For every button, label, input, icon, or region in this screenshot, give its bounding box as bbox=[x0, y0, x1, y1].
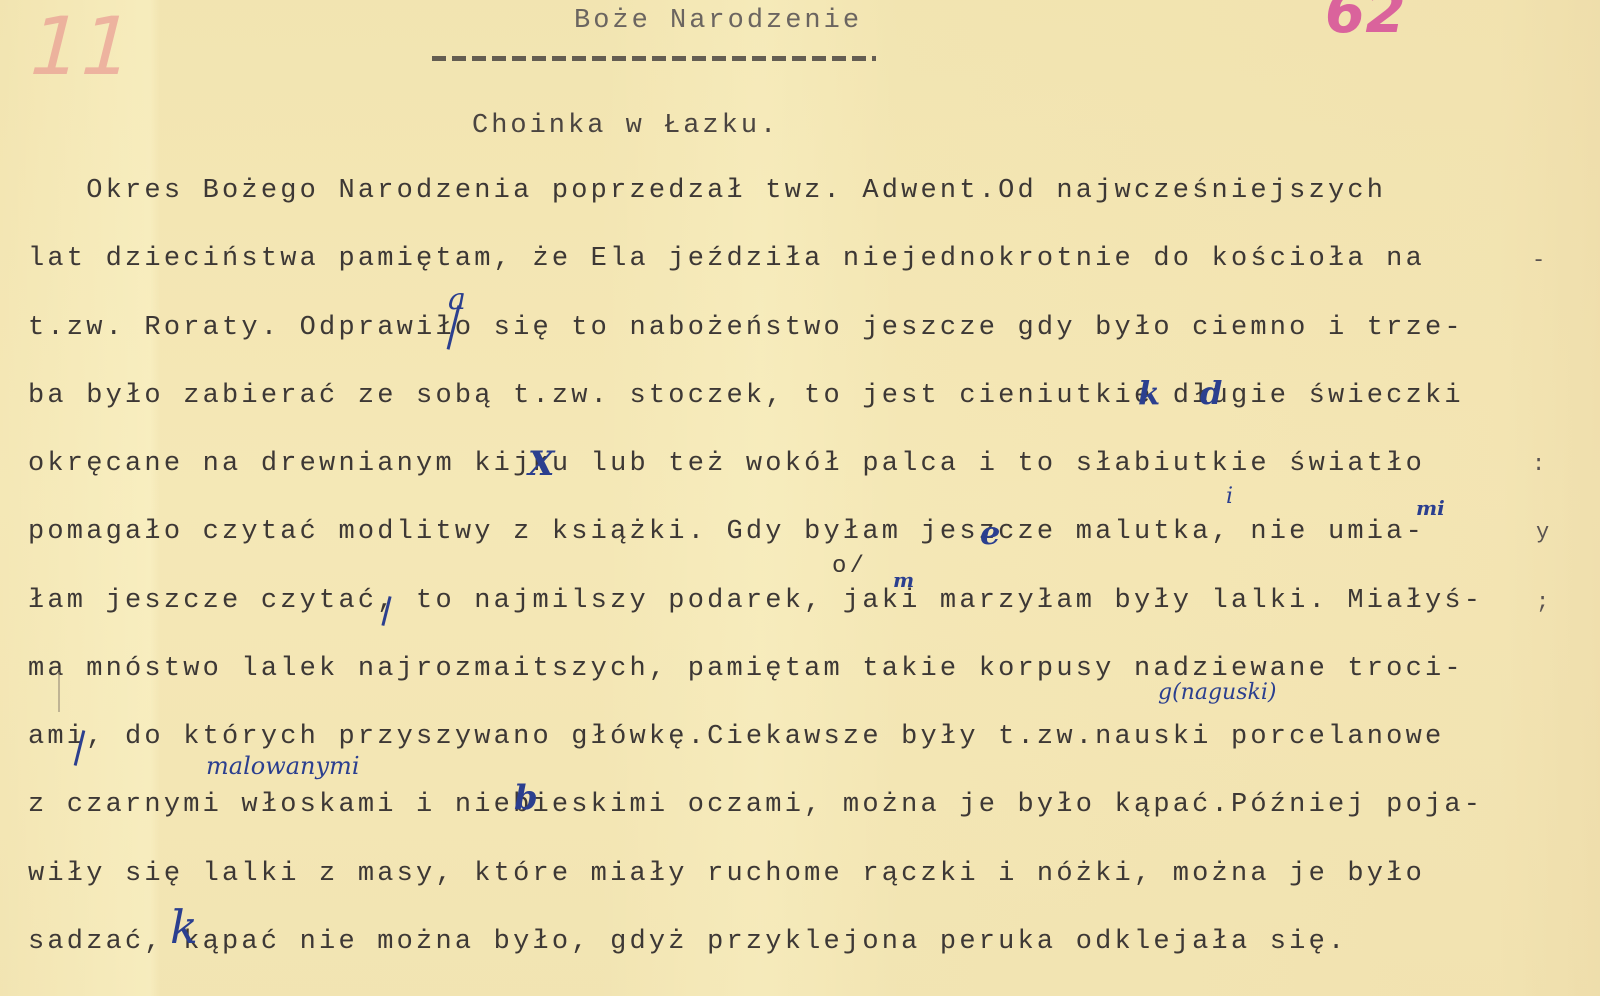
handwritten-insert-malowanymi: malowanymi bbox=[206, 752, 360, 780]
margin-mark: y bbox=[1536, 520, 1549, 545]
text-line-6: pomagało czytać modlitwy z książki. Gdy … bbox=[28, 517, 1425, 547]
margin-mark: : bbox=[1532, 452, 1545, 477]
pencil-margin-stroke bbox=[58, 672, 60, 712]
handwritten-correction-b: b bbox=[514, 778, 538, 818]
scanned-document-page: 11 62 Boże Narodzenie Choinka w Łazku. O… bbox=[0, 0, 1600, 996]
handwritten-insert-naguski: g(naguski) bbox=[1158, 680, 1276, 705]
handwritten-correction-d: d bbox=[1200, 374, 1222, 412]
heading-underline-divider bbox=[432, 56, 876, 61]
handwritten-correction-e: e bbox=[980, 514, 1000, 552]
text-line-9: ami, do których przyszywano główkę.Cieka… bbox=[28, 722, 1444, 752]
typed-correction-o: o/ bbox=[832, 553, 867, 580]
text-line-4: ba było zabierać ze sobą t.zw. stoczek, … bbox=[28, 381, 1464, 411]
handwritten-insert-m: m bbox=[893, 568, 914, 592]
handwritten-correction-k: k bbox=[170, 900, 198, 954]
handwritten-correction-x: X bbox=[528, 444, 554, 484]
text-line-7: łam jeszcze czytać, to najmilszy podarek… bbox=[28, 586, 1483, 616]
pink-pencil-page-number-right: 62 bbox=[1325, 0, 1406, 46]
handwritten-insert-i: i bbox=[1226, 484, 1233, 509]
margin-mark: ; bbox=[1536, 590, 1549, 615]
text-line-5: okręcane na drewnianym kijku lub też wok… bbox=[28, 449, 1425, 479]
text-line-10: z czarnymi włoskami i niebieskimi oczami… bbox=[28, 790, 1483, 820]
pink-pencil-page-number-left: 11 bbox=[18, 0, 143, 93]
handwritten-correction-k: k bbox=[1138, 374, 1160, 412]
text-line-3: t.zw. Roraty. Odprawiło się to nabożeńst… bbox=[28, 313, 1464, 343]
margin-mark: - bbox=[1532, 248, 1545, 273]
handwritten-correction-mi: mi bbox=[1416, 496, 1445, 520]
text-line-2: lat dzieciństwa pamiętam, że Ela jeździł… bbox=[28, 244, 1425, 274]
text-line-12: sadzać, kąpać nie można było, gdyż przyk… bbox=[28, 927, 1347, 957]
document-subtitle: Choinka w Łazku. bbox=[472, 111, 779, 141]
text-line-1: Okres Bożego Narodzenia poprzedzał twz. … bbox=[28, 176, 1386, 206]
document-heading: Boże Narodzenie bbox=[574, 6, 862, 36]
text-line-11: wiły się lalki z masy, które miały rucho… bbox=[28, 859, 1425, 889]
